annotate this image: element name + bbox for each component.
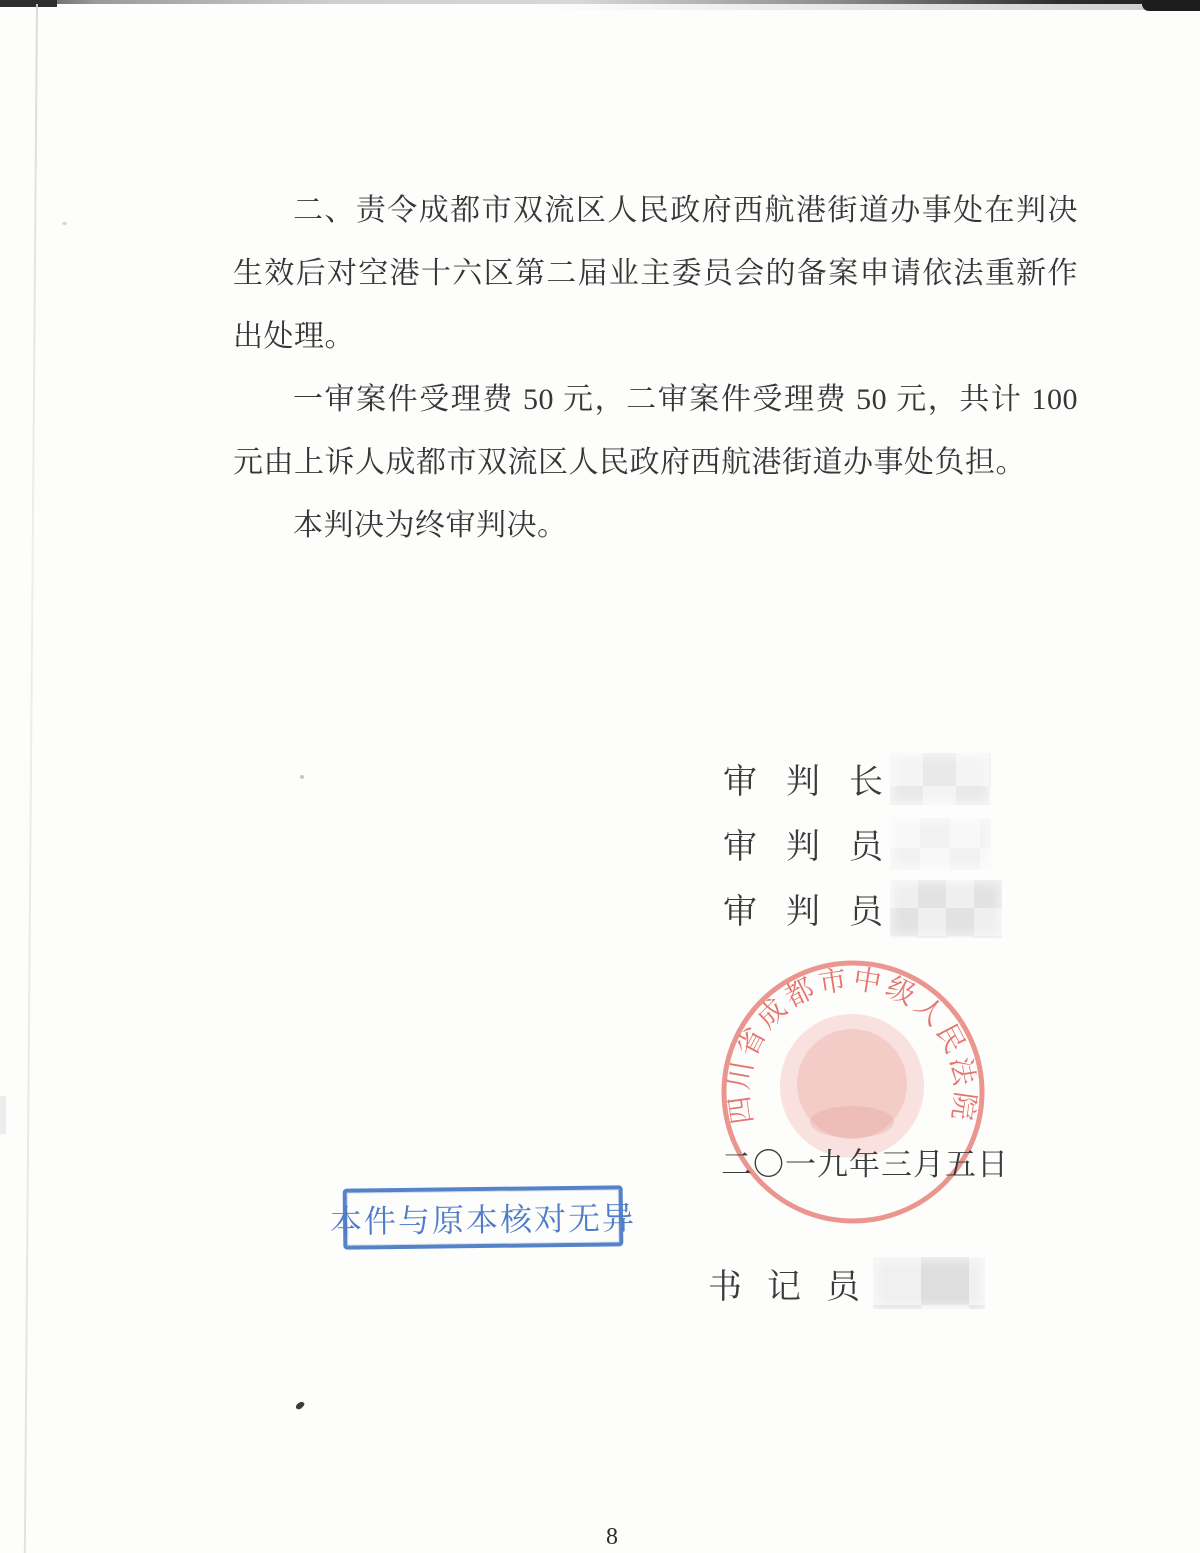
judgment-body: 二、责令成都市双流区人民政府西航港街道办事处在判决生效后对空港十六区第二届业主委… xyxy=(233,179,1078,557)
ink-speck xyxy=(300,775,304,779)
clerk-label: 书记员 xyxy=(708,1259,885,1308)
judgment-date: 二〇一九年三月五日 xyxy=(721,1139,1009,1184)
judge-label-1: 审判员 xyxy=(723,819,912,868)
page-fold-line xyxy=(24,4,38,1553)
scan-edge-top-shadow xyxy=(540,4,1200,10)
scan-edge-top-left xyxy=(0,0,57,7)
seal-emblem-base xyxy=(810,1106,894,1138)
ink-speck xyxy=(62,222,67,225)
judges-signature-block: 审判长 审判员 审判员 xyxy=(723,746,1002,941)
redacted-clerk-name xyxy=(873,1257,985,1309)
scan-edge-top-right xyxy=(1142,0,1200,11)
judge-label-2: 审判员 xyxy=(723,884,912,933)
presiding-judge-row: 审判长 xyxy=(723,746,1002,811)
ink-speck xyxy=(295,1400,305,1411)
scanned-judgment-page: 二、责令成都市双流区人民政府西航港街道办事处在判决生效后对空港十六区第二届业主委… xyxy=(0,0,1200,1553)
final-judgment-statement: 本判决为终审判决。 xyxy=(233,494,1078,557)
scan-smudge xyxy=(0,1096,6,1134)
court-fees-paragraph: 一审案件受理费 50 元，二审案件受理费 50 元，共计 100 元由上诉人成都… xyxy=(233,368,1078,494)
judge-row-1: 审判员 xyxy=(723,811,1002,876)
judgment-item-two: 二、责令成都市双流区人民政府西航港街道办事处在判决生效后对空港十六区第二届业主委… xyxy=(233,179,1078,368)
clerk-signature-row: 书记员 xyxy=(708,1253,985,1313)
redacted-judge-name-1 xyxy=(890,818,991,870)
court-seal: 四川省成都市中级人民法院 xyxy=(712,950,996,1234)
judge-row-2: 审判员 xyxy=(723,876,1002,941)
verification-stamp-text: 本件与原本核对无异 xyxy=(330,1193,637,1243)
presiding-judge-label: 审判长 xyxy=(723,754,912,803)
redacted-presiding-judge-name xyxy=(890,753,991,805)
page-number: 8 xyxy=(606,1524,618,1551)
redacted-judge-name-2 xyxy=(890,880,1002,938)
verification-stamp: 本件与原本核对无异 xyxy=(343,1185,624,1249)
